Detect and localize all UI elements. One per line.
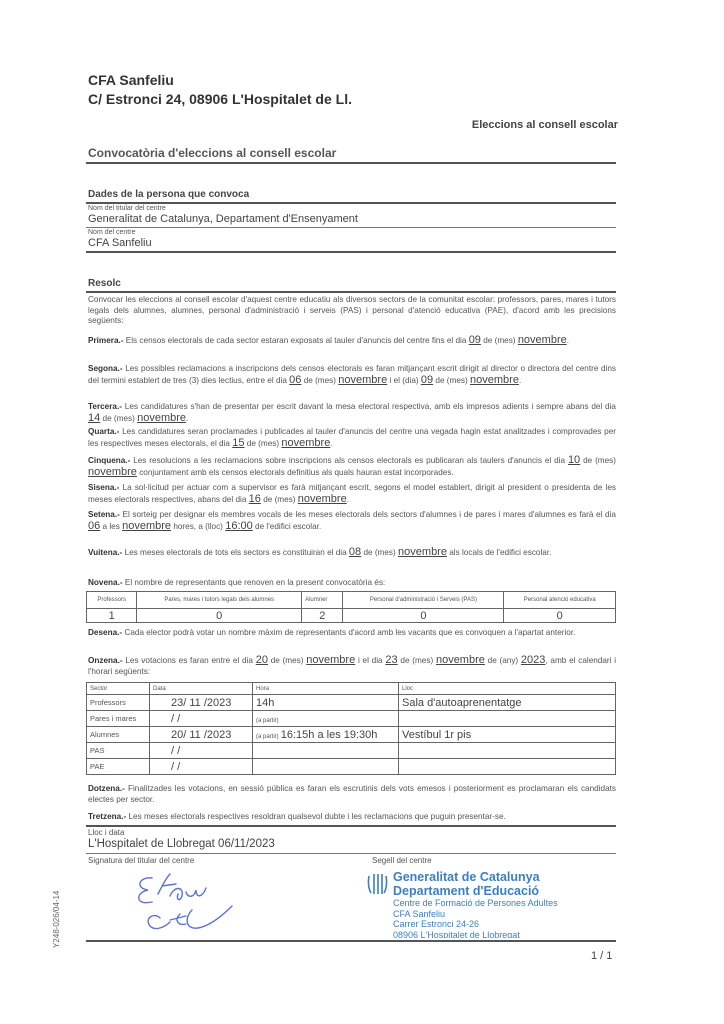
clause-text: El sorteig per designar els membres voca… [122, 510, 616, 519]
label-de-mes: de (mes) [304, 376, 336, 385]
label-de-mes: de (mes) [583, 456, 616, 465]
label-de-mes: de (mes) [271, 656, 304, 665]
label-a-les: a les [103, 522, 120, 531]
field-mes: novembre [306, 654, 355, 666]
divider [86, 291, 616, 293]
lloc-data-label: Lloc i data [88, 828, 124, 837]
date-value: / / [153, 761, 180, 773]
clause-text: Les candidatures s'han de presentar per … [125, 402, 616, 411]
field-dia: 14 [88, 412, 100, 424]
sector-cell: Pares i mares [87, 711, 150, 727]
field-dia: 15 [232, 437, 244, 449]
clause-label: Cinquena.- [88, 456, 130, 465]
hora-cell: 14h [253, 695, 399, 711]
field-dia: 16 [249, 493, 261, 505]
date-cell: / / [150, 743, 253, 759]
field-dia: 09 [421, 374, 433, 386]
label-de-mes: de (mes) [263, 495, 295, 504]
clause-text: Les candidatures seran proclamades i pub… [88, 427, 616, 448]
field-mes: novembre [470, 374, 519, 386]
stamp-line: Departament d'Educació [393, 884, 558, 898]
schedule-row: Pares i mares/ /(a partir) [87, 711, 616, 727]
stamp-line: Carrer Estronci 24-26 [393, 919, 558, 930]
clause-onzena: Onzena.- Les votacions es faran entre el… [88, 655, 616, 677]
header-cell: Hora [253, 683, 399, 695]
sector-value: PAS [90, 746, 104, 755]
clause-label: Setena.- [88, 510, 120, 519]
sector-cell: Alumnes [87, 727, 150, 743]
field-mes: novembre [298, 493, 347, 505]
value-cell: 0 [137, 609, 302, 623]
section-title-convoca: Dades de la persona que convoca [88, 189, 249, 200]
sector-cell: PAE [87, 759, 150, 775]
org-name: CFA Sanfeliu [88, 72, 174, 88]
lloc-cell [399, 743, 616, 759]
lloc-cell [399, 759, 616, 775]
field-mes: novembre [88, 466, 137, 478]
field-mes: novembre [518, 334, 567, 346]
header-cell: Personal d'administració i Serveis (PAS) [343, 592, 504, 609]
stamp-line: 08906 L'Hospitalet de Llobregat [393, 930, 558, 938]
clause-primera: Primera.- Els censos electorals de cada … [88, 335, 616, 347]
form-code: Y248-026/04-14 [52, 891, 61, 948]
header-cell: Lloc [399, 683, 616, 695]
clause-setena: Setena.- El sorteig per designar els mem… [88, 510, 616, 532]
sector-value: PAE [90, 762, 104, 771]
field-hora: novembre [122, 520, 171, 532]
signatura-label: Signatura del titular del centre [88, 856, 194, 865]
clause-cinquena: Cinquena.- Les resolucions a les reclama… [88, 455, 616, 478]
lloc-cell: Vestíbul 1r pis [399, 727, 616, 743]
page-number: 1 / 1 [591, 950, 612, 962]
titular-label: Nom del titular del centre [88, 205, 166, 212]
clause-label: Onzena.- [88, 656, 123, 665]
header-cell: Pares, mares i tutors legals dels alumne… [137, 592, 302, 609]
clause-tercera: Tercera.- Les candidatures s'han de pres… [88, 402, 616, 424]
clause-novena: Novena.- El nombre de representants que … [88, 578, 616, 589]
label-de-mes: de (mes) [435, 376, 467, 385]
hora-prefix: (a partir) [256, 734, 279, 740]
clause-label: Vuitena.- [88, 548, 122, 557]
clause-tretzena: Tretzena.- Les meses electorals respecti… [88, 812, 616, 823]
clause-text: Els censos electorals de cada sector est… [126, 336, 467, 345]
field-dia: 09 [469, 334, 481, 346]
clause-desena: Desena.- Cada elector podrà votar un nom… [88, 628, 616, 639]
sector-cell: PAS [87, 743, 150, 759]
label-hores-lloc: hores, a (lloc) [173, 522, 223, 531]
clause-label: Dotzena.- [88, 784, 125, 793]
voting-schedule-table: Sector Data Hora Lloc Professors23/ 11 /… [86, 682, 616, 775]
field-dia: 08 [349, 546, 361, 558]
segell-label: Segell del centre [372, 856, 432, 865]
clause-text: La sol·licitud per actuar com a supervis… [88, 483, 616, 504]
value-cell: 0 [343, 609, 504, 623]
clause-text: Les meses electorals respectives resoldr… [129, 812, 506, 821]
lloc-value: Vestíbul 1r pis [402, 729, 471, 741]
clause-text: de l'edifici escolar. [255, 522, 321, 531]
divider [86, 162, 616, 164]
date-value: / / [153, 745, 180, 757]
sector-value: Alumnes [90, 730, 119, 739]
label-de-mes: de (mes) [103, 414, 135, 423]
label-de-mes: de (mes) [247, 439, 279, 448]
date-cell: / / [150, 759, 253, 775]
label-de-mes: de (mes) [400, 656, 433, 665]
label-de-any: de (any) [488, 656, 519, 665]
clause-text: Finalitzades les votacions, en sessió pú… [88, 784, 616, 804]
clause-label: Quarta.- [88, 427, 119, 436]
date-value: / / [153, 713, 180, 725]
hora-value: 14h [256, 697, 274, 709]
org-address: C/ Estronci 24, 08906 L'Hospitalet de Ll… [88, 91, 352, 107]
label-i-el: i el dia [358, 656, 383, 665]
representatives-table: Professors Pares, mares i tutors legals … [86, 591, 616, 623]
clause-label: Primera.- [88, 336, 124, 345]
clause-text: Les resolucions a les reclamacions sobre… [133, 456, 565, 465]
date-value: 23/ 11 /2023 [153, 697, 231, 709]
divider [86, 853, 616, 854]
clause-label: Desena.- [88, 628, 122, 637]
field-dia: 10 [568, 454, 580, 466]
sector-cell: Professors [87, 695, 150, 711]
hora-cell [253, 743, 399, 759]
lloc-cell [399, 711, 616, 727]
stamp-line: Generalitat de Catalunya [393, 870, 558, 884]
date-cell: 20/ 11 /2023 [150, 727, 253, 743]
hora-prefix: (a partir) [256, 718, 279, 724]
divider [86, 251, 616, 253]
clause-text: El nombre de representants que renoven e… [125, 578, 385, 587]
intro-paragraph: Convocar les eleccions al consell escola… [88, 295, 616, 327]
clause-label: Sisena.- [88, 483, 119, 492]
header-cell: Sector [87, 683, 150, 695]
clause-label: Segona.- [88, 364, 123, 373]
document-title: Convocatòria d'eleccions al consell esco… [88, 146, 336, 160]
clause-dotzena: Dotzena.- Finalitzades les votacions, en… [88, 784, 616, 805]
value-cell: 0 [504, 609, 616, 623]
date-cell: / / [150, 711, 253, 727]
centre-value: CFA Sanfeliu [88, 237, 152, 249]
field-dia: 23 [385, 654, 397, 666]
label-de-mes: de (mes) [483, 336, 515, 345]
date-value: 20/ 11 /2023 [153, 729, 231, 741]
hora-cell: (a partir) 16:15h a les 19:30h [253, 727, 399, 743]
header-cell: Alumner [302, 592, 343, 609]
form-category: Eleccions al consell escolar [472, 119, 618, 131]
clause-text: Les votacions es faran entre el dia [125, 656, 253, 665]
lloc-value: Sala d'autoaprenentatge [402, 697, 522, 709]
hora-cell [253, 759, 399, 775]
field-dia: 06 [289, 374, 301, 386]
label-i-el: i el (dia) [389, 376, 418, 385]
field-mes: novembre [137, 412, 186, 424]
schedule-row: PAS/ / [87, 743, 616, 759]
generalitat-logo-icon [366, 872, 388, 896]
clause-label: Tretzena.- [88, 812, 126, 821]
stamp-line: CFA Sanfeliu [393, 909, 558, 920]
stamp-line: Centre de Formació de Persones Adultes [393, 898, 558, 909]
value-cell: 2 [302, 609, 343, 623]
field-lloc: 16:00 [225, 520, 253, 532]
schedule-row: Professors23/ 11 /2023 14hSala d'autoapr… [87, 695, 616, 711]
schedule-row: Alumnes20/ 11 /2023(a partir) 16:15h a l… [87, 727, 616, 743]
field-mes: novembre [398, 546, 447, 558]
divider [86, 202, 616, 204]
divider [86, 940, 616, 942]
lloc-cell: Sala d'autoaprenentatge [399, 695, 616, 711]
section-title-resolc: Resolc [88, 278, 121, 289]
header-cell: Personal atenció educativa [504, 592, 616, 609]
schedule-row: PAE/ / [87, 759, 616, 775]
sector-value: Professors [90, 698, 126, 707]
centre-stamp: Generalitat de Catalunya Departament d'E… [393, 870, 558, 938]
field-any: 2023 [521, 654, 545, 666]
hora-cell: (a partir) [253, 711, 399, 727]
clause-label: Tercera.- [88, 402, 122, 411]
field-mes: novembre [338, 374, 387, 386]
clause-segona: Segona.- Les possibles reclamacions a in… [88, 364, 616, 386]
clause-sisena: Sisena.- La sol·licitud per actuar com a… [88, 483, 616, 505]
clause-text: Les meses electorals de tots els sectors… [125, 548, 347, 557]
header-cell: Professors [87, 592, 137, 609]
label-de-mes: de (mes) [363, 548, 395, 557]
field-mes: novembre [281, 437, 330, 449]
divider [86, 227, 616, 228]
clause-label: Novena.- [88, 578, 123, 587]
hora-value: 16:15h a les 19:30h [281, 729, 378, 741]
value-cell: 1 [87, 609, 137, 623]
field-dia: 20 [256, 654, 268, 666]
clause-text: Cada elector podrà votar un nombre màxim… [124, 628, 575, 637]
sector-value: Pares i mares [90, 714, 136, 723]
clause-text: conjuntament amb els censos electorals d… [139, 468, 454, 477]
lloc-data-value: L'Hospitalet de Llobregat 06/11/2023 [88, 838, 275, 850]
field-mes: novembre [436, 654, 485, 666]
centre-label: Nom del centre [88, 229, 135, 236]
clause-vuitena: Vuitena.- Les meses electorals de tots e… [88, 547, 616, 559]
titular-value: Generalitat de Catalunya, Departament d'… [88, 213, 358, 225]
divider [86, 825, 616, 827]
clause-text: als locals de l'edifici escolar. [449, 548, 551, 557]
signature-image [130, 868, 250, 938]
date-cell: 23/ 11 /2023 [150, 695, 253, 711]
header-cell: Data [150, 683, 253, 695]
clause-quarta: Quarta.- Les candidatures seran proclama… [88, 427, 616, 449]
field-dia: 06 [88, 520, 100, 532]
